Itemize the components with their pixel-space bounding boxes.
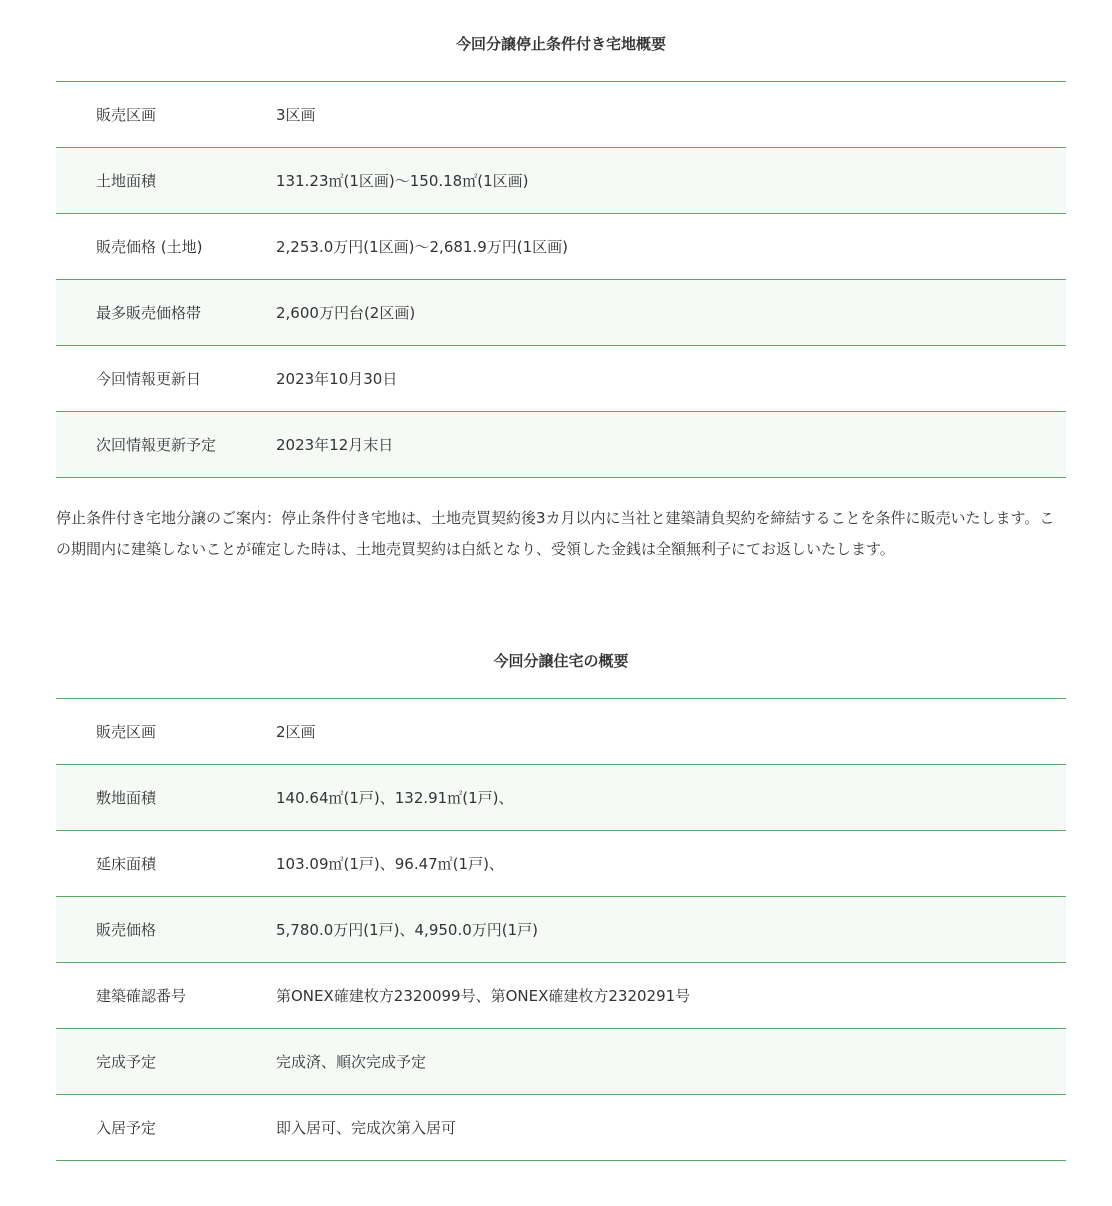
row-value: 5,780.0万円(1戸)、4,950.0万円(1戸) <box>276 897 1066 963</box>
row-value: 完成済、順次完成予定 <box>276 1029 1066 1095</box>
row-label: 建築確認番号 <box>56 963 276 1029</box>
row-value: 140.64㎡(1戸)、132.91㎡(1戸)、 <box>276 765 1066 831</box>
row-label: 完成予定 <box>56 1029 276 1095</box>
house-section-title: 今回分譲住宅の概要 <box>56 651 1066 671</box>
row-label: 延床面積 <box>56 831 276 897</box>
conditional-lot-note: 停止条件付き宅地分譲のご案内：停止条件付き宅地は、土地売買契約後3カ月以内に当社… <box>56 503 1066 565</box>
table-row: 最多販売価格帯 2,600万円台(2区画) <box>56 280 1066 346</box>
row-value: 3区画 <box>276 82 1066 148</box>
row-label: 販売価格 (土地) <box>56 214 276 280</box>
row-label: 最多販売価格帯 <box>56 280 276 346</box>
table-row: 延床面積 103.09㎡(1戸)、96.47㎡(1戸)、 <box>56 831 1066 897</box>
table-row: 販売価格 5,780.0万円(1戸)、4,950.0万円(1戸) <box>56 897 1066 963</box>
row-value: 2区画 <box>276 699 1066 765</box>
row-label: 敷地面積 <box>56 765 276 831</box>
row-value: 2023年12月末日 <box>276 412 1066 478</box>
row-label: 販売区画 <box>56 82 276 148</box>
row-label: 入居予定 <box>56 1095 276 1161</box>
row-label: 今回情報更新日 <box>56 346 276 412</box>
row-label: 次回情報更新予定 <box>56 412 276 478</box>
house-overview-table: 販売区画 2区画 敷地面積 140.64㎡(1戸)、132.91㎡(1戸)、 延… <box>56 698 1066 1161</box>
row-value: 131.23㎡(1区画)～150.18㎡(1区画) <box>276 148 1066 214</box>
table-row: 販売価格 (土地) 2,253.0万円(1区画)～2,681.9万円(1区画) <box>56 214 1066 280</box>
table-row: 敷地面積 140.64㎡(1戸)、132.91㎡(1戸)、 <box>56 765 1066 831</box>
row-value: 即入居可、完成次第入居可 <box>276 1095 1066 1161</box>
row-label: 販売区画 <box>56 699 276 765</box>
row-value: 第ONEX確建枚方2320099号、第ONEX確建枚方2320291号 <box>276 963 1066 1029</box>
row-value: 2,600万円台(2区画) <box>276 280 1066 346</box>
table-row: 完成予定 完成済、順次完成予定 <box>56 1029 1066 1095</box>
row-value: 2,253.0万円(1区画)～2,681.9万円(1区画) <box>276 214 1066 280</box>
table-row: 次回情報更新予定 2023年12月末日 <box>56 412 1066 478</box>
row-label: 販売価格 <box>56 897 276 963</box>
table-row: 今回情報更新日 2023年10月30日 <box>56 346 1066 412</box>
row-label: 土地面積 <box>56 148 276 214</box>
row-value: 103.09㎡(1戸)、96.47㎡(1戸)、 <box>276 831 1066 897</box>
table-row: 販売区画 2区画 <box>56 699 1066 765</box>
row-value: 2023年10月30日 <box>276 346 1066 412</box>
lot-overview-table: 販売区画 3区画 土地面積 131.23㎡(1区画)～150.18㎡(1区画) … <box>56 81 1066 478</box>
table-row: 建築確認番号 第ONEX確建枚方2320099号、第ONEX確建枚方232029… <box>56 963 1066 1029</box>
table-row: 入居予定 即入居可、完成次第入居可 <box>56 1095 1066 1161</box>
table-row: 土地面積 131.23㎡(1区画)～150.18㎡(1区画) <box>56 148 1066 214</box>
table-row: 販売区画 3区画 <box>56 82 1066 148</box>
lot-section-title: 今回分譲停止条件付き宅地概要 <box>56 34 1066 54</box>
